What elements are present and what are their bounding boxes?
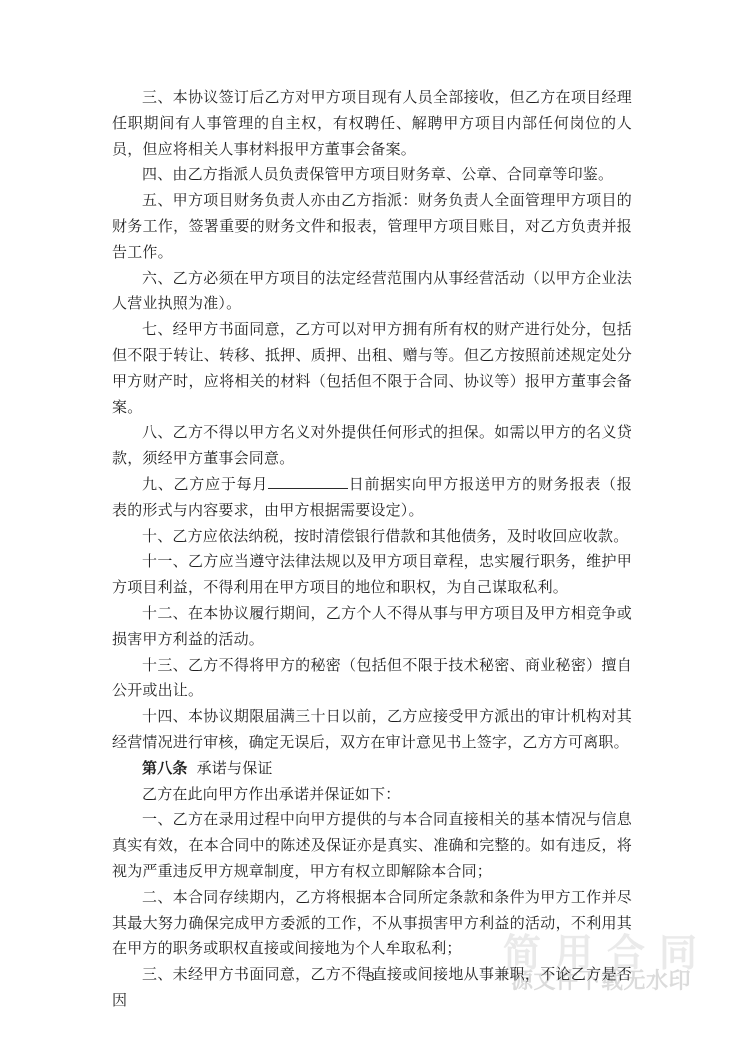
section-heading-title: 承诺与保证 bbox=[197, 761, 273, 777]
document-body: 三、本协议签订后乙方对甲方项目现有人员全部接收，但乙方在项目经理任职期间有人事管… bbox=[112, 86, 632, 1015]
contract-clause: 一、乙方在录用过程中向甲方提供的与本合同直接相关的基本情况与信息真实有效，在本合… bbox=[112, 808, 632, 885]
contract-clause: 四、由乙方指派人员负责保管甲方项目财务章、公章、合同章等印鉴。 bbox=[112, 163, 632, 189]
contract-clause: 三、本协议签订后乙方对甲方项目现有人员全部接收，但乙方在项目经理任职期间有人事管… bbox=[112, 86, 632, 163]
page-number: 3 bbox=[368, 970, 375, 985]
fill-in-blank-line bbox=[268, 474, 348, 489]
section-heading: 第八条承诺与保证 bbox=[112, 757, 632, 783]
contract-clause: 十二、在本协议履行期间，乙方个人不得从事与甲方项目及甲方相竞争或损害甲方利益的活… bbox=[112, 602, 632, 654]
contract-clause: 乙方在此向甲方作出承诺并保证如下： bbox=[112, 783, 632, 809]
contract-clause: 十四、本协议期限届满三十日以前，乙方应接受甲方派出的审计机构对其经营情况进行审核… bbox=[112, 705, 632, 757]
contract-clause: 二、本合同存续期内，乙方将根据本合同所定条款和条件为甲方工作并尽其最大努力确保完… bbox=[112, 886, 632, 963]
contract-clause: 五、甲方项目财务负责人亦由乙方指派：财务负责人全面管理甲方项目的财务工作，签署重… bbox=[112, 189, 632, 266]
section-heading-number: 第八条 bbox=[142, 761, 188, 777]
contract-clause: 六、乙方必须在甲方项目的法定经营范围内从事经营活动（以甲方企业法人营业执照为准）… bbox=[112, 267, 632, 319]
contract-clause: 九、乙方应于每月日前据实向甲方报送甲方的财务报表（报表的形式与内容要求，由甲方根… bbox=[112, 473, 632, 525]
contract-clause: 八、乙方不得以甲方名义对外提供任何形式的担保。如需以甲方的名义贷款，须经甲方董事… bbox=[112, 421, 632, 473]
contract-page: 简用合同 源文件下载无水印 三、本协议签订后乙方对甲方项目现有人员全部接收，但乙… bbox=[0, 0, 742, 1050]
contract-clause: 十、乙方应依法纳税，按时清偿银行借款和其他债务，及时收回应收款。 bbox=[112, 525, 632, 551]
clause-text-before-blank: 九、乙方应于每月 bbox=[142, 477, 268, 493]
contract-clause: 十三、乙方不得将甲方的秘密（包括但不限于技术秘密、商业秘密）擅自公开或出让。 bbox=[112, 654, 632, 706]
page-footer: 3 bbox=[0, 968, 742, 986]
contract-clause: 七、经甲方书面同意，乙方可以对甲方拥有所有权的财产进行处分，包括但不限于转让、转… bbox=[112, 318, 632, 421]
contract-clause: 十一、乙方应当遵守法律法规以及甲方项目章程，忠实履行职务，维护甲方项目利益，不得… bbox=[112, 550, 632, 602]
